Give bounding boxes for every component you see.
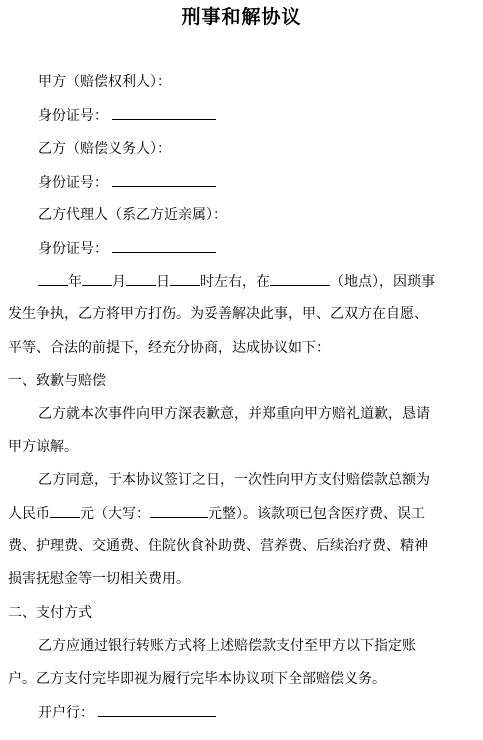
id-label: 身份证号： bbox=[38, 241, 108, 257]
amount-capital-blank[interactable] bbox=[150, 503, 208, 518]
section-2-p1-line1: 乙方应通过银行转账方式将上述赔偿款支付至甲方以下指定账 bbox=[38, 636, 416, 656]
section-1-p2-line3: 费、护理费、交通费、住院伙食补助费、营养费、后续治疗费、精神 bbox=[8, 536, 428, 556]
year-blank[interactable] bbox=[38, 271, 68, 286]
id-blank-field[interactable] bbox=[112, 105, 216, 120]
bank-row: 开户行： bbox=[38, 702, 216, 723]
rmb-label: 人民币 bbox=[8, 506, 50, 522]
id-label: 身份证号： bbox=[38, 175, 108, 191]
agent-label: 乙方代理人（系乙方近亲属）： bbox=[38, 205, 227, 225]
id-blank-field[interactable] bbox=[112, 238, 216, 253]
place-label: （地点），因琐事 bbox=[330, 274, 435, 290]
month-blank[interactable] bbox=[82, 271, 112, 286]
hour-blank[interactable] bbox=[170, 271, 200, 286]
bank-blank-field[interactable] bbox=[98, 702, 216, 717]
document-title: 刑事和解协议 bbox=[0, 4, 483, 30]
section-1-p2-line2: 人民币元（大写：元整）。该款项已包含医疗费、误工 bbox=[8, 503, 425, 524]
party-a-label: 甲方（赔偿权利人）： bbox=[38, 72, 171, 92]
amount-blank[interactable] bbox=[50, 503, 80, 518]
month-label: 月 bbox=[112, 274, 126, 290]
party-b-label: 乙方（赔偿义务人）： bbox=[38, 139, 171, 159]
intro-line-3: 平等、合法的前提下，经充分协商，达成协议如下： bbox=[8, 338, 330, 358]
party-a-id-row: 身份证号： bbox=[38, 105, 216, 126]
agent-id-row: 身份证号： bbox=[38, 238, 216, 259]
section-1-p2-line4: 损害抚慰金等一切相关费用。 bbox=[8, 569, 190, 589]
section-2-p1-line2: 户。乙方支付完毕即视为履行完毕本协议项下全部赔偿义务。 bbox=[8, 669, 386, 689]
id-label: 身份证号： bbox=[38, 108, 108, 124]
day-blank[interactable] bbox=[126, 271, 156, 286]
party-b-id-row: 身份证号： bbox=[38, 172, 216, 193]
amount-tail-text: 元整）。该款项已包含医疗费、误工 bbox=[208, 506, 425, 522]
time-label: 时左右，在 bbox=[200, 274, 270, 290]
day-label: 日 bbox=[156, 274, 170, 290]
intro-line-2: 发生争执，乙方将甲方打伤。为妥善解决此事，甲、乙双方在自愿、 bbox=[8, 304, 428, 324]
section-1-p2-line1: 乙方同意，于本协议签订之日，一次性向甲方支付赔偿款总额为 bbox=[38, 470, 430, 490]
section-1-p1-line2: 甲方谅解。 bbox=[8, 437, 78, 457]
section-1-heading: 一、致歉与赔偿 bbox=[8, 371, 106, 391]
section-1-p1-line1: 乙方就本次事件向甲方深表歉意，并郑重向甲方赔礼道歉，恳请 bbox=[38, 404, 430, 424]
year-label: 年 bbox=[68, 274, 82, 290]
id-blank-field[interactable] bbox=[112, 172, 216, 187]
amount-capital-label: 元（大写： bbox=[80, 506, 150, 522]
intro-line-1: 年月日时左右，在（地点），因琐事 bbox=[38, 271, 435, 292]
section-2-heading: 二、支付方式 bbox=[8, 603, 92, 623]
bank-label: 开户行： bbox=[38, 705, 94, 721]
place-blank[interactable] bbox=[270, 271, 330, 286]
